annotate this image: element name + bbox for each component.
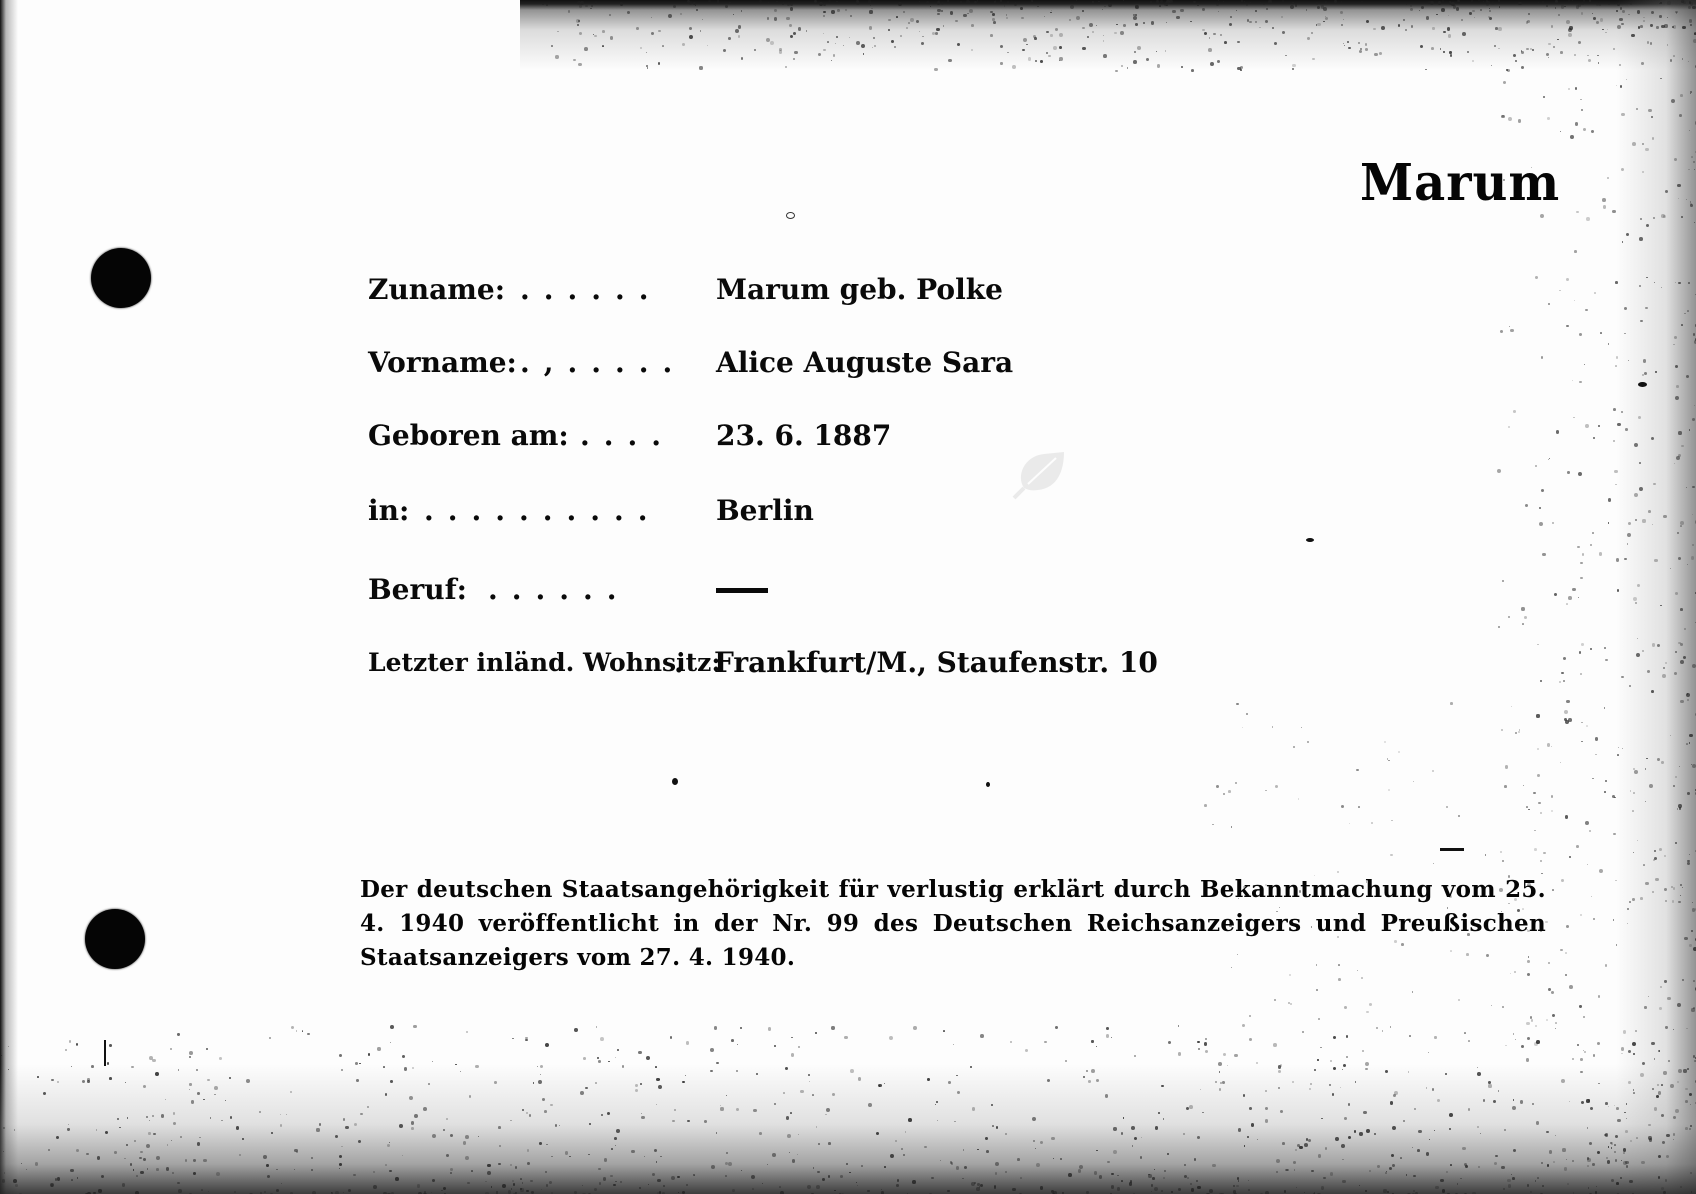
- scan-speckle: [1035, 1148, 1036, 1149]
- scan-speckle: [467, 1182, 470, 1185]
- scan-speckle: [1231, 826, 1232, 827]
- scan-speckle: [1673, 785, 1675, 787]
- scan-speckle: [57, 1081, 59, 1083]
- scan-speckle: [1580, 914, 1582, 916]
- scan-speckle: [1533, 792, 1535, 794]
- leaf-icon: [1010, 448, 1068, 500]
- scan-speckle: [358, 1140, 361, 1143]
- scan-speckle: [1409, 1035, 1411, 1037]
- scan-speckle: [953, 1044, 954, 1045]
- scan-speckle: [1117, 1187, 1120, 1190]
- scan-speckle: [399, 1124, 403, 1128]
- scan-speckle: [1589, 830, 1591, 832]
- scan-speckle: [1518, 731, 1520, 733]
- scan-speckle: [1505, 1045, 1507, 1047]
- scan-speckle: [729, 2, 731, 4]
- scan-speckle: [155, 1072, 159, 1076]
- scan-speckle: [319, 1123, 322, 1126]
- scan-speckle: [1507, 1179, 1510, 1182]
- scan-speckle: [1662, 674, 1666, 678]
- scan-speckle: [1321, 1118, 1322, 1119]
- scan-speckle: [345, 1126, 349, 1130]
- scan-speckle: [1608, 498, 1611, 501]
- scan-speckle: [76, 1149, 79, 1152]
- scan-speckle: [57, 1177, 60, 1180]
- scan-speckle: [1341, 1, 1342, 2]
- scan-speckle: [1584, 364, 1586, 366]
- scan-speckle: [1526, 48, 1528, 50]
- scan-speckle: [1687, 792, 1690, 795]
- scan-speckle: [924, 1146, 927, 1149]
- scan-speckle: [542, 3, 544, 5]
- scan-speckle: [1581, 722, 1583, 724]
- scan-speckle: [1608, 522, 1609, 523]
- scan-speckle: [1659, 15, 1661, 17]
- scan-speckle: [1117, 1175, 1118, 1176]
- scan-speckle: [1618, 747, 1619, 748]
- scan-speckle: [1588, 59, 1591, 62]
- scan-speckle: [1133, 60, 1137, 64]
- scan-speckle: [1576, 845, 1579, 848]
- scan-speckle: [1566, 20, 1570, 24]
- scan-speckle: [1676, 456, 1680, 460]
- scan-speckle: [1540, 214, 1544, 218]
- scan-speckle: [762, 1183, 763, 1184]
- scan-speckle: [1369, 1003, 1372, 1006]
- scan-speckle: [98, 1189, 101, 1192]
- scan-speckle: [1575, 122, 1579, 126]
- scan-speckle: [1692, 902, 1693, 903]
- scan-speckle: [1623, 1148, 1626, 1151]
- scan-speckle: [177, 1182, 179, 1184]
- scan-speckle: [1663, 1071, 1666, 1074]
- scan-speckle: [896, 16, 898, 18]
- scan-speckle: [1675, 282, 1676, 283]
- scan-speckle: [699, 66, 702, 69]
- scan-speckle: [1096, 1150, 1097, 1151]
- scan-speckle: [728, 1162, 732, 1166]
- scan-speckle: [1626, 1103, 1628, 1105]
- scan-speckle: [873, 37, 875, 39]
- scan-speckle: [1645, 307, 1648, 310]
- scan-speckle: [1684, 937, 1687, 940]
- scan-speckle: [341, 1069, 343, 1071]
- scan-speckle: [1318, 1154, 1321, 1157]
- scan-speckle: [107, 1062, 109, 1064]
- scan-speckle: [1020, 7, 1023, 10]
- scan-speckle: [149, 1056, 153, 1060]
- scan-speckle: [390, 1025, 394, 1029]
- scan-speckle: [1152, 1177, 1155, 1180]
- scan-speckle: [1640, 320, 1642, 322]
- scan-speckle: [1559, 290, 1561, 292]
- scan-speckle: [1191, 69, 1194, 72]
- scan-speckle: [1688, 169, 1690, 171]
- scan-speckle: [234, 1191, 236, 1193]
- scan-speckle: [1537, 644, 1539, 646]
- scan-speckle: [1593, 1054, 1595, 1056]
- scan-speckle: [652, 1173, 655, 1176]
- scan-speckle: [1376, 1027, 1378, 1029]
- scan-speckle: [1290, 5, 1294, 9]
- field-leader-dots: ......: [488, 565, 631, 615]
- scan-speckle: [972, 1107, 975, 1110]
- scan-speckle: [1513, 1149, 1516, 1152]
- stray-mark: [786, 212, 795, 219]
- scan-speckle: [798, 1134, 799, 1135]
- scan-speckle: [1464, 1032, 1466, 1034]
- scan-speckle: [1176, 16, 1179, 19]
- scan-speckle: [167, 1144, 168, 1145]
- scan-speckle: [580, 1091, 584, 1095]
- scan-speckle: [818, 1143, 820, 1145]
- scan-speckle: [156, 1168, 159, 1171]
- scan-speckle: [1537, 748, 1539, 750]
- scan-speckle: [889, 1036, 893, 1040]
- scan-speckle: [779, 50, 782, 53]
- scan-speckle: [1673, 55, 1675, 57]
- scan-speckle: [1294, 1169, 1296, 1171]
- scan-speckle: [903, 11, 905, 13]
- scan-speckle: [1390, 854, 1392, 856]
- scan-speckle: [219, 1057, 222, 1060]
- scan-speckle: [389, 1170, 392, 1173]
- scan-speckle: [43, 1092, 46, 1095]
- scan-speckle: [1509, 326, 1510, 327]
- scan-speckle: [1065, 1060, 1067, 1062]
- scan-speckle: [1585, 821, 1589, 825]
- scan-speckle: [655, 1066, 657, 1068]
- scan-speckle: [776, 1, 777, 2]
- scan-speckle: [908, 1118, 912, 1122]
- scan-speckle: [307, 1033, 309, 1035]
- scan-speckle: [1581, 109, 1583, 111]
- scan-speckle: [627, 11, 630, 14]
- scan-speckle: [792, 1159, 795, 1162]
- scan-speckle: [1667, 997, 1671, 1001]
- scan-speckle: [1616, 356, 1619, 359]
- stray-mark: [672, 778, 678, 785]
- scan-speckle: [1680, 94, 1683, 97]
- scan-speckle: [1605, 780, 1607, 782]
- scan-speckle: [269, 1037, 270, 1038]
- field-leader-dots: ..........: [424, 486, 661, 536]
- scan-speckle: [1242, 1024, 1245, 1027]
- scan-speckle: [1599, 869, 1603, 873]
- scan-speckle: [1664, 980, 1666, 982]
- scan-speckle: [1340, 11, 1343, 14]
- scan-speckle: [1040, 60, 1043, 63]
- scan-speckle: [1581, 741, 1583, 743]
- scan-speckle: [1105, 1094, 1108, 1097]
- scan-speckle: [1428, 1, 1431, 4]
- scan-speckle: [389, 1142, 390, 1143]
- scan-speckle: [1692, 664, 1696, 668]
- scan-speckle: [783, 1092, 785, 1094]
- scan-speckle: [1548, 303, 1550, 305]
- scan-speckle: [1560, 51, 1563, 54]
- scan-speckle: [807, 1185, 811, 1189]
- scan-speckle: [772, 1153, 776, 1157]
- scan-speckle: [1434, 1036, 1436, 1038]
- scan-speckle: [1686, 693, 1690, 697]
- scan-speckle: [1585, 309, 1587, 311]
- scan-speckle: [1684, 313, 1686, 315]
- scan-speckle: [890, 1154, 894, 1158]
- scan-speckle: [1578, 41, 1581, 44]
- scan-speckle: [1667, 44, 1668, 45]
- scan-speckle: [1619, 18, 1623, 22]
- scan-speckle: [1682, 26, 1685, 29]
- scan-speckle: [1346, 1056, 1348, 1058]
- scan-speckle: [316, 1128, 319, 1131]
- scan-speckle: [1255, 10, 1257, 12]
- scan-speckle: [693, 1174, 695, 1176]
- scan-speckle: [1566, 325, 1569, 328]
- scan-speckle: [1569, 856, 1571, 858]
- scan-speckle: [1488, 1084, 1491, 1087]
- scan-speckle: [1010, 1041, 1012, 1043]
- scan-speckle: [1165, 50, 1166, 51]
- scan-speckle: [114, 1151, 117, 1154]
- scan-speckle: [1673, 1116, 1676, 1119]
- scan-speckle: [1500, 851, 1502, 853]
- scan-speckle: [544, 1110, 547, 1113]
- scan-speckle: [1521, 1045, 1525, 1049]
- scan-speckle: [831, 1026, 834, 1029]
- scan-speckle: [900, 35, 902, 37]
- scan-speckle: [1675, 651, 1677, 653]
- scan-speckle: [868, 1103, 872, 1107]
- scan-speckle: [1680, 1186, 1682, 1188]
- scan-speckle: [1224, 41, 1227, 44]
- punch-hole-icon: [91, 248, 151, 308]
- scan-speckle: [1521, 66, 1524, 69]
- scan-speckle: [1246, 713, 1248, 715]
- scan-speckle: [602, 30, 605, 33]
- scan-speckle: [1437, 1099, 1440, 1102]
- scan-speckle: [1661, 214, 1665, 218]
- field-label: Geboren am:: [368, 411, 569, 461]
- scan-speckle: [1374, 53, 1377, 56]
- scan-speckle: [960, 1, 962, 3]
- scan-speckle: [1605, 659, 1607, 661]
- scan-speckle: [1549, 1150, 1552, 1153]
- scan-speckle: [913, 1026, 917, 1030]
- scan-speckle: [1641, 1161, 1644, 1164]
- scan-speckle: [1208, 48, 1212, 52]
- scan-speckle: [1607, 1160, 1610, 1163]
- scan-speckle: [1613, 440, 1615, 442]
- scan-speckle: [1590, 544, 1592, 546]
- scan-speckle: [1390, 1026, 1392, 1028]
- scan-speckle: [1593, 437, 1594, 438]
- scan-speckle: [1614, 1144, 1616, 1146]
- scan-speckle: [831, 10, 834, 13]
- scan-speckle: [992, 18, 995, 21]
- scan-speckle: [353, 1174, 355, 1176]
- scan-speckle: [591, 5, 593, 7]
- scan-speckle: [1604, 791, 1606, 793]
- scan-speckle: [1678, 431, 1681, 434]
- scan-speckle: [1560, 762, 1561, 763]
- scan-speckle: [1561, 5, 1565, 9]
- scan-speckle: [1007, 52, 1009, 54]
- scan-speckle: [635, 1084, 638, 1087]
- scan-speckle: [858, 1077, 861, 1080]
- scan-speckle: [1553, 1161, 1555, 1163]
- scan-speckle: [1633, 1092, 1635, 1094]
- scan-speckle: [1293, 746, 1296, 749]
- scan-speckle: [1508, 616, 1510, 618]
- scan-speckle: [1604, 707, 1606, 709]
- scan-speckle: [1679, 114, 1682, 117]
- scan-speckle: [1657, 758, 1660, 761]
- scan-speckle: [1249, 1038, 1252, 1041]
- scan-speckle: [1411, 25, 1414, 28]
- scan-speckle: [789, 1152, 790, 1153]
- scan-speckle: [1530, 1016, 1532, 1018]
- scan-speckle: [1382, 1030, 1383, 1031]
- scan-speckle: [1632, 142, 1636, 146]
- scan-speckle: [1446, 806, 1448, 808]
- scan-speckle: [1055, 1026, 1058, 1029]
- scan-speckle: [1671, 99, 1675, 103]
- scan-speckle: [56, 1136, 59, 1139]
- scan-speckle: [545, 1171, 547, 1173]
- scan-speckle: [1644, 372, 1647, 375]
- scan-speckle: [1044, 1041, 1046, 1043]
- scan-speckle: [1561, 672, 1563, 674]
- field-leader-dots: .,.....: [520, 338, 686, 388]
- scan-speckle: [600, 1037, 604, 1041]
- scan-edge-bottom: [0, 1064, 1696, 1194]
- scan-speckle: [1014, 2, 1017, 5]
- scan-speckle: [1190, 21, 1192, 23]
- scan-speckle: [177, 1033, 179, 1035]
- scan-speckle: [189, 1083, 191, 1085]
- scan-speckle: [908, 22, 910, 24]
- scan-speckle: [539, 1142, 542, 1145]
- stray-mark: [1638, 382, 1647, 387]
- scan-speckle: [609, 14, 611, 16]
- scan-speckle: [1654, 1058, 1655, 1059]
- field-value: Frankfurt/M., Staufenstr. 10: [714, 638, 1158, 688]
- scan-speckle: [147, 1168, 149, 1170]
- scan-speckle: [767, 17, 770, 20]
- scan-speckle: [1540, 860, 1542, 862]
- scan-speckle: [822, 1178, 825, 1181]
- scan-speckle: [1551, 991, 1554, 994]
- scan-speckle: [1377, 1165, 1379, 1167]
- scan-speckle: [1046, 52, 1048, 54]
- scan-speckle: [1568, 0, 1570, 2]
- scan-speckle: [1131, 1126, 1135, 1130]
- scan-speckle: [1244, 1145, 1246, 1147]
- scan-speckle: [1405, 29, 1407, 31]
- scan-speckle: [1605, 1102, 1608, 1105]
- scan-speckle: [994, 1186, 996, 1188]
- stray-mark: [1306, 538, 1314, 542]
- scan-speckle: [1223, 1053, 1226, 1056]
- scan-speckle: [791, 1053, 794, 1056]
- scan-speckle: [1627, 533, 1631, 537]
- scan-speckle: [1328, 2, 1329, 3]
- scan-speckle: [1342, 1069, 1343, 1070]
- scan-speckle: [1426, 1152, 1430, 1156]
- scan-speckle: [341, 1146, 342, 1147]
- scan-speckle: [888, 19, 890, 21]
- scan-speckle: [1504, 785, 1507, 788]
- scan-speckle: [1425, 69, 1427, 71]
- scan-speckle: [1265, 1119, 1268, 1122]
- scan-speckle: [463, 1141, 467, 1145]
- scan-speckle: [1616, 1182, 1619, 1185]
- scan-speckle: [1664, 888, 1667, 891]
- scan-speckle: [1691, 1191, 1693, 1193]
- scan-speckle: [1534, 848, 1537, 851]
- scan-speckle: [768, 1027, 772, 1031]
- scan-speckle: [302, 1030, 303, 1031]
- scan-speckle: [1615, 281, 1618, 284]
- scan-speckle: [1498, 1090, 1500, 1092]
- scan-speckle: [1621, 1047, 1624, 1050]
- scan-speckle: [96, 1129, 97, 1130]
- scan-speckle: [774, 17, 778, 21]
- scan-speckle: [166, 1167, 169, 1170]
- scan-speckle: [1209, 1189, 1213, 1193]
- scan-speckle: [616, 1129, 620, 1133]
- scan-speckle: [1236, 1185, 1239, 1188]
- scan-speckle: [740, 1027, 742, 1029]
- scan-speckle: [201, 1189, 203, 1191]
- scan-speckle: [67, 1128, 69, 1130]
- scan-speckle: [1025, 1049, 1028, 1052]
- scan-speckle: [1581, 1101, 1584, 1104]
- scan-speckle: [1274, 999, 1276, 1001]
- scan-speckle: [76, 1044, 78, 1046]
- scan-speckle: [494, 1081, 497, 1084]
- scan-speckle: [1078, 1169, 1081, 1172]
- scan-speckle: [565, 1151, 568, 1154]
- scan-speckle: [1673, 344, 1675, 346]
- scan-speckle: [1356, 769, 1359, 772]
- scan-speckle: [1574, 54, 1576, 56]
- field-label: in:: [368, 486, 409, 536]
- scan-speckle: [1537, 774, 1540, 777]
- scan-speckle: [1524, 616, 1527, 619]
- scan-speckle: [236, 1126, 239, 1129]
- scan-speckle: [1320, 1047, 1321, 1048]
- scan-speckle: [686, 1041, 690, 1045]
- scan-speckle: [140, 1171, 143, 1174]
- scan-speckle: [70, 1169, 74, 1173]
- scan-speckle: [1539, 522, 1543, 526]
- scan-speckle: [595, 1082, 597, 1084]
- scan-speckle: [1551, 810, 1553, 812]
- scan-speckle: [1091, 1040, 1093, 1042]
- scan-speckle: [1243, 1094, 1245, 1096]
- scan-speckle: [1629, 901, 1631, 903]
- scan-speckle: [395, 1177, 399, 1181]
- scan-speckle: [189, 1056, 191, 1058]
- scan-speckle: [411, 1127, 414, 1130]
- scan-speckle: [1540, 812, 1542, 814]
- scan-speckle: [662, 45, 664, 47]
- scan-speckle: [1181, 66, 1183, 68]
- scan-speckle: [1656, 26, 1658, 28]
- scan-speckle: [1166, 5, 1167, 6]
